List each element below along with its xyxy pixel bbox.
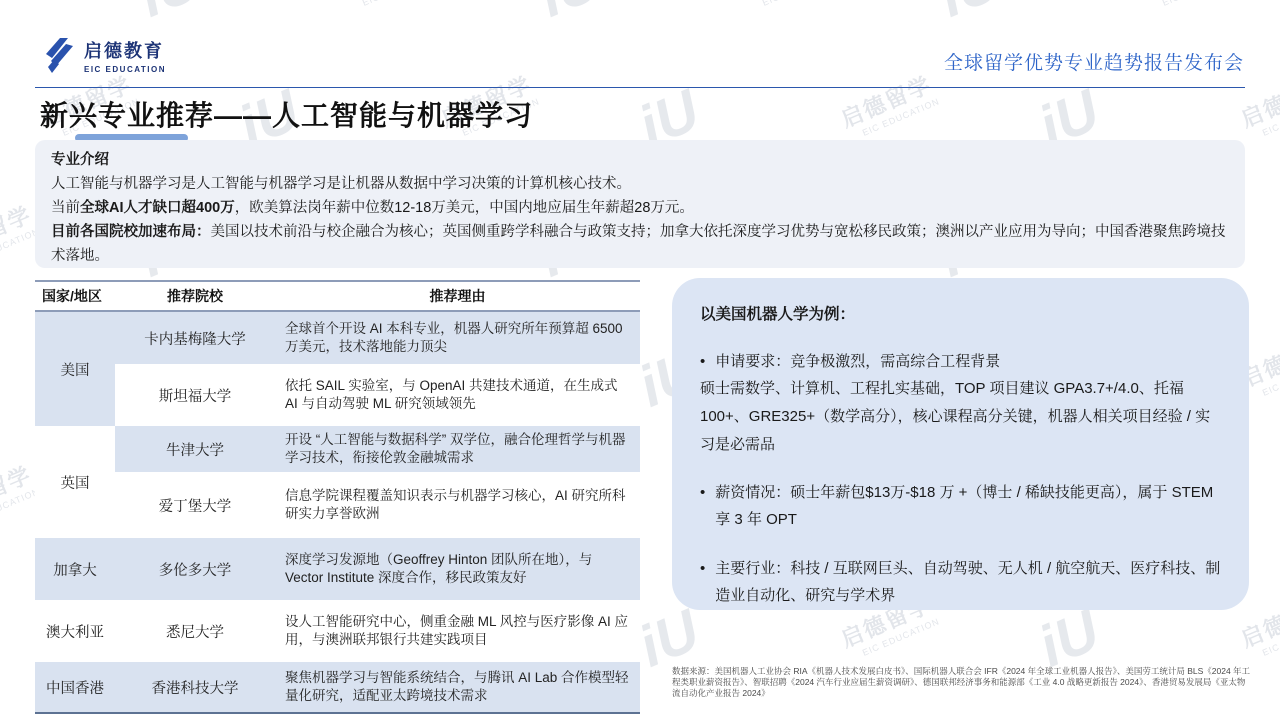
bullet-text: 申请要求：竞争极激烈，需高综合工程背景 <box>715 348 1000 375</box>
table-row: 香港科技大学 聚焦机器学习与智能系统结合，与腾讯 AI Lab 合作模型轻量化研… <box>115 662 640 712</box>
panel-bullet-industries: 主要行业：科技 / 互联网巨头、自动驾驶、无人机 / 航空航天、医疗科技、制造业… <box>700 555 1221 609</box>
eic-logo-icon <box>40 36 76 74</box>
intro-line-2-rest: ，欧美算法岗年薪中位数12-18万美元，中国内地应届生年薪超28万元。 <box>235 200 694 216</box>
intro-line-2-bold: 全球AI人才缺口超400万 <box>80 200 235 216</box>
reason-cell: 依托 SAIL 实验室，与 OpenAI 共建技术通道，在生成式 AI 与自动驾… <box>275 364 640 426</box>
table-header-row: 国家/地区 推荐院校 推荐理由 <box>35 282 640 312</box>
table-group-australia: 澳大利亚 悉尼大学 设人工智能研究中心，侧重金融 ML 风控与医疗影像 AI 应… <box>35 600 640 662</box>
panel-heading: 以美国机器人学为例： <box>700 302 1221 324</box>
header-reason: 推荐理由 <box>275 286 640 306</box>
intro-line-3: 目前各国院校加速布局：美国以技术前沿与校企融合为核心；英国侧重跨学科融合与政策支… <box>51 220 1229 268</box>
country-cell: 加拿大 <box>35 538 115 600</box>
intro-line-2: 当前全球AI人才缺口超400万，欧美算法岗年薪中位数12-18万美元，中国内地应… <box>51 196 1229 220</box>
table-row: 爱丁堡大学 信息学院课程覆盖知识表示与机器学习核心，AI 研究所科研实力享誉欧洲 <box>115 472 640 538</box>
country-cell: 美国 <box>35 312 115 426</box>
table-group-hongkong: 中国香港 香港科技大学 聚焦机器学习与智能系统结合，与腾讯 AI Lab 合作模… <box>35 662 640 712</box>
school-cell: 爱丁堡大学 <box>115 472 275 538</box>
reason-cell: 开设 “人工智能与数据科学” 双学位，融合伦理哲学与机器学习技术，衔接伦敦金融城… <box>275 426 640 472</box>
table-row: 斯坦福大学 依托 SAIL 实验室，与 OpenAI 共建技术通道，在生成式 A… <box>115 364 640 426</box>
panel-bullet-salary: 薪资情况：硕士年薪包$13万-$18 万 +（博士 / 稀缺技能更高），属于 S… <box>700 479 1221 533</box>
header-school: 推荐院校 <box>115 286 275 306</box>
recommendation-table: 国家/地区 推荐院校 推荐理由 美国 卡内基梅隆大学 全球首个开设 AI 本科专… <box>35 280 640 714</box>
country-cell: 英国 <box>35 426 115 538</box>
table-row: 牛津大学 开设 “人工智能与数据科学” 双学位，融合伦理哲学与机器学习技术，衔接… <box>115 426 640 472</box>
intro-line-2-prefix: 当前 <box>51 200 80 216</box>
reason-cell: 信息学院课程覆盖知识表示与机器学习核心，AI 研究所科研实力享誉欧洲 <box>275 472 640 538</box>
country-cell: 澳大利亚 <box>35 600 115 662</box>
bullet-text: 主要行业：科技 / 互联网巨头、自动驾驶、无人机 / 航空航天、医疗科技、制造业… <box>715 555 1221 609</box>
school-cell: 牛津大学 <box>115 426 275 472</box>
reason-cell: 全球首个开设 AI 本科专业，机器人研究所年预算超 6500 万美元，技术落地能… <box>275 312 640 364</box>
page-title: 新兴专业推荐——人工智能与机器学习 <box>40 94 533 134</box>
table-group-uk: 英国 牛津大学 开设 “人工智能与数据科学” 双学位，融合伦理哲学与机器学习技术… <box>35 426 640 538</box>
table-row: 多伦多大学 深度学习发源地（Geoffrey Hinton 团队所在地），与 V… <box>115 538 640 600</box>
intro-box: 专业介绍 人工智能与机器学习是人工智能与机器学习是让机器从数据中学习决策的计算机… <box>35 140 1245 268</box>
header-country: 国家/地区 <box>35 286 115 306</box>
brand-logo: 启德教育 EIC EDUCATION <box>40 36 166 74</box>
example-panel: 以美国机器人学为例： 申请要求：竞争极激烈，需高综合工程背景 硕士需数学、计算机… <box>672 278 1249 610</box>
panel-bullet-requirements-body: 硕士需数学、计算机、工程扎实基础，TOP 项目建议 GPA3.7+/4.0、托福… <box>700 375 1221 459</box>
brand-name-cn: 启德教育 <box>84 37 166 63</box>
table-group-canada: 加拿大 多伦多大学 深度学习发源地（Geoffrey Hinton 团队所在地）… <box>35 538 640 600</box>
country-cell: 中国香港 <box>35 662 115 712</box>
school-cell: 多伦多大学 <box>115 538 275 600</box>
data-source-note: 数据来源：美国机器人工业协会 RIA《机器人技术发展白皮书》、国际机器人联合会 … <box>672 666 1252 699</box>
intro-line-3-bold: 目前各国院校加速布局： <box>51 224 211 240</box>
reason-cell: 深度学习发源地（Geoffrey Hinton 团队所在地），与 Vector … <box>275 538 640 600</box>
bullet-text: 薪资情况：硕士年薪包$13万-$18 万 +（博士 / 稀缺技能更高），属于 S… <box>715 479 1221 533</box>
reason-cell: 设人工智能研究中心，侧重金融 ML 风控与医疗影像 AI 应用，与澳洲联邦银行共… <box>275 600 640 662</box>
school-cell: 香港科技大学 <box>115 662 275 712</box>
event-title: 全球留学优势专业趋势报告发布会 <box>944 48 1244 75</box>
table-group-usa: 美国 卡内基梅隆大学 全球首个开设 AI 本科专业，机器人研究所年预算超 650… <box>35 312 640 426</box>
school-cell: 斯坦福大学 <box>115 364 275 426</box>
table-row: 卡内基梅隆大学 全球首个开设 AI 本科专业，机器人研究所年预算超 6500 万… <box>115 312 640 364</box>
school-cell: 卡内基梅隆大学 <box>115 312 275 364</box>
intro-line-1: 人工智能与机器学习是人工智能与机器学习是让机器从数据中学习决策的计算机核心技术。 <box>51 172 1229 196</box>
slide-page: 启德留学EIC EDUCATIONiU启德留学EIC EDUCATIONiU启德… <box>0 0 1280 720</box>
reason-cell: 聚焦机器学习与智能系统结合，与腾讯 AI Lab 合作模型轻量化研究，适配亚太跨… <box>275 662 640 712</box>
intro-heading: 专业介绍 <box>51 149 1229 172</box>
header-divider <box>35 87 1245 88</box>
intro-line-3-rest: 美国以技术前沿与校企融合为核心；英国侧重跨学科融合与政策支持；加拿大依托深度学习… <box>51 224 1226 264</box>
table-row: 悉尼大学 设人工智能研究中心，侧重金融 ML 风控与医疗影像 AI 应用，与澳洲… <box>115 600 640 662</box>
panel-bullet-requirements: 申请要求：竞争极激烈，需高综合工程背景 <box>700 348 1221 375</box>
school-cell: 悉尼大学 <box>115 600 275 662</box>
brand-name-en: EIC EDUCATION <box>84 65 166 74</box>
